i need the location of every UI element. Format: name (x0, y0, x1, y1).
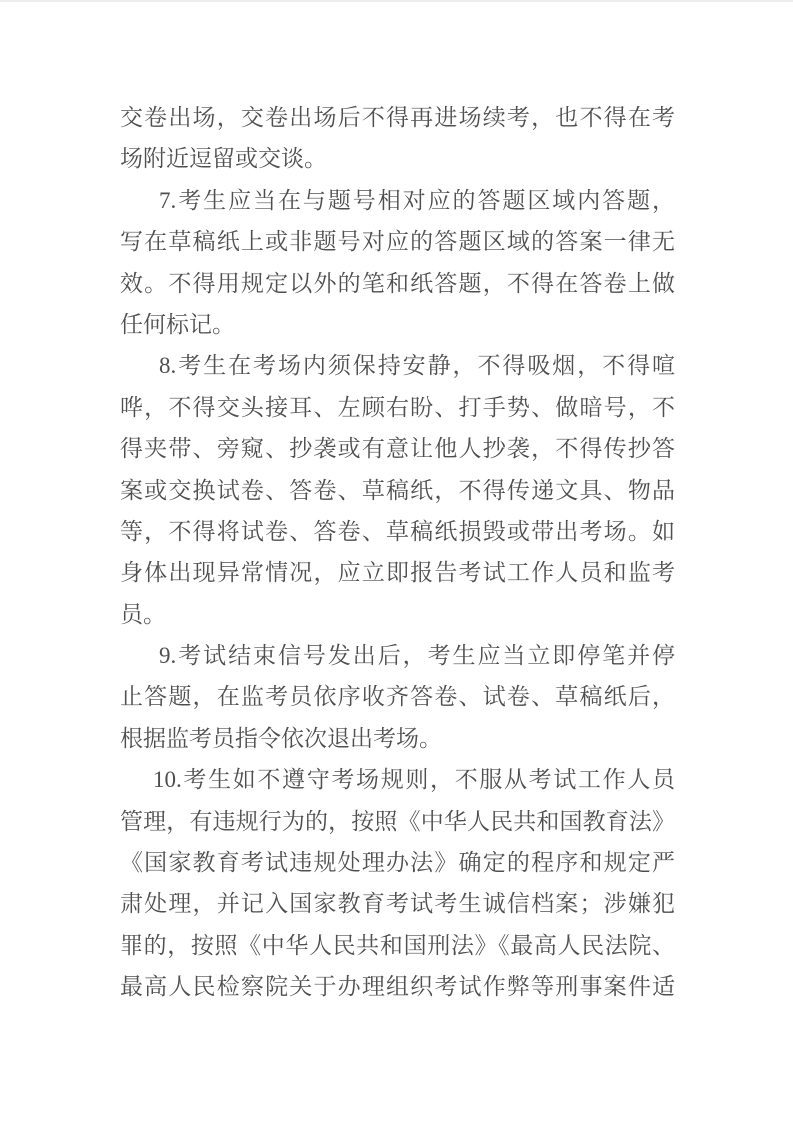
text-line-22: 最高人民检察院关于办理组织考试作弊等刑事案件适 (120, 966, 675, 1007)
text-line-20: 肃处理，并记入国家教育考试考生诚信档案；涉嫌犯 (120, 883, 675, 924)
document-body: 交卷出场，交卷出场后不得再进场续考，也不得在考 场附近逗留或交谈。 7.考生应当… (0, 2, 793, 1008)
text-line-5: 效。不得用规定以外的笔和纸答题，不得在答卷上做 (120, 263, 675, 304)
text-line-12: 身体出现异常情况，应立即报告考试工作人员和监考 (120, 552, 675, 593)
document-page: 交卷出场，交卷出场后不得再进场续考，也不得在考 场附近逗留或交谈。 7.考生应当… (0, 0, 793, 1122)
text-line-15: 止答题，在监考员依序收齐答卷、试卷、草稿纸后， (120, 676, 675, 717)
text-line-19: 《国家教育考试违规处理办法》确定的程序和规定严 (120, 842, 675, 883)
text-line-10: 案或交换试卷、答卷、草稿纸，不得传递文具、物品 (120, 470, 675, 511)
text-line-17-rule-10-start: 10.考生如不遵守考场规则，不服从考试工作人员 (120, 759, 675, 800)
text-line-4: 写在草稿纸上或非题号对应的答题区域的答案一律无 (120, 221, 675, 262)
text-line-2: 场附近逗留或交谈。 (120, 138, 675, 179)
text-line-18: 管理，有违规行为的，按照《中华人民共和国教育法》 (120, 801, 675, 842)
text-line-1: 交卷出场，交卷出场后不得再进场续考，也不得在考 (120, 97, 675, 138)
text-line-14-rule-9-start: 9.考试结束信号发出后，考生应当立即停笔并停 (120, 635, 675, 676)
text-line-7-rule-8-start: 8.考生在考场内须保持安静，不得吸烟，不得喧 (120, 345, 675, 386)
text-line-11: 等，不得将试卷、答卷、草稿纸损毁或带出考场。如 (120, 511, 675, 552)
text-line-9: 得夹带、旁窥、抄袭或有意让他人抄袭，不得传抄答 (120, 428, 675, 469)
text-line-21: 罪的，按照《中华人民共和国刑法》《最高人民法院、 (120, 925, 675, 966)
text-line-6: 任何标记。 (120, 304, 675, 345)
text-line-13: 员。 (120, 594, 675, 635)
text-line-8: 哗，不得交头接耳、左顾右盼、打手势、做暗号，不 (120, 387, 675, 428)
text-line-16: 根据监考员指令依次退出考场。 (120, 718, 675, 759)
text-line-3-rule-7-start: 7.考生应当在与题号相对应的答题区域内答题， (120, 180, 675, 221)
